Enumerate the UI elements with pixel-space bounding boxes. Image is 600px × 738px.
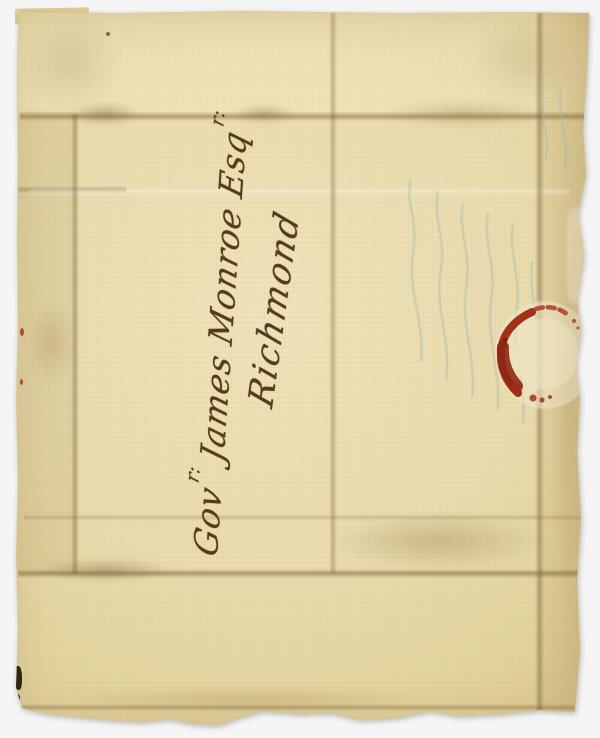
paper-edge-vignette bbox=[0, 0, 600, 738]
scanned-letter-background: Govr: James Monroe Esqr: Richmond bbox=[0, 0, 600, 738]
letter-paper: Govr: James Monroe Esqr: Richmond bbox=[0, 0, 600, 738]
paper-shadow-wrapper: Govr: James Monroe Esqr: Richmond bbox=[0, 0, 600, 738]
